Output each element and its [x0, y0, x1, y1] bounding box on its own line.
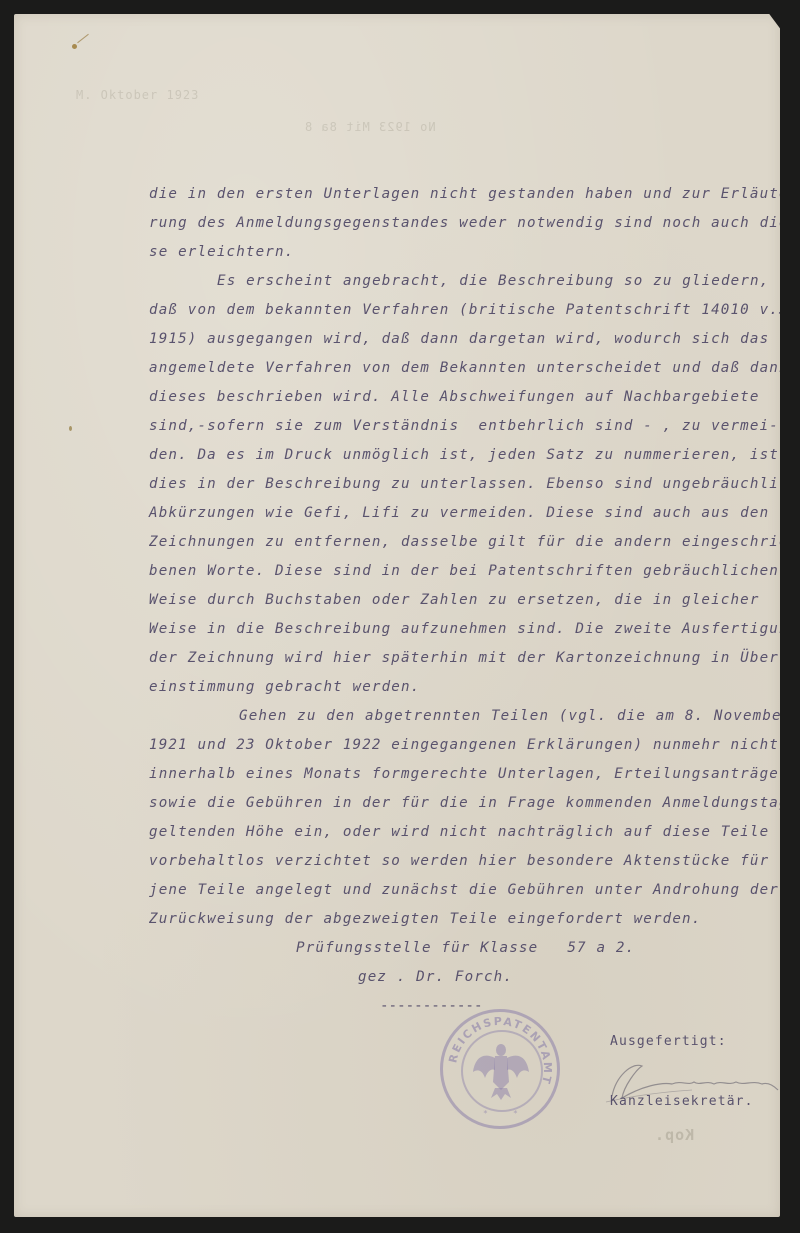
- certified-label: Ausgefertigt:: [610, 1034, 727, 1049]
- body-line: Abkürzungen wie Gefi, Lifi zu vermeiden.…: [149, 505, 769, 521]
- ghost-text-line: M. Oktober 1923: [76, 88, 199, 102]
- body-line: se erleichtern.: [149, 244, 294, 260]
- body-line: jene Teile angelegt und zunächst die Geb…: [149, 882, 779, 898]
- body-line: rung des Anmeldungsgegenstandes weder no…: [149, 215, 798, 231]
- body-line: innerhalb eines Monats formgerechte Unte…: [149, 766, 779, 782]
- signed-by-line: gez . Dr. Forch.: [358, 969, 513, 985]
- svg-text:*: *: [483, 1109, 488, 1118]
- body-line: Weise durch Buchstaben oder Zahlen zu er…: [149, 592, 760, 608]
- body-line: einstimmung gebracht werden.: [149, 679, 420, 695]
- reichspatentamt-stamp: REICHSPATENTAMT * *: [440, 1009, 560, 1129]
- body-line: geltenden Höhe ein, oder wird nicht nach…: [149, 824, 769, 840]
- body-line: die in den ersten Unterlagen nicht gesta…: [149, 186, 798, 202]
- body-line: benen Worte. Diese sind in der bei Paten…: [149, 563, 779, 579]
- stain-mark: [72, 44, 77, 49]
- svg-text:*: *: [513, 1109, 518, 1118]
- copy-mark: Kop.: [654, 1126, 694, 1144]
- body-line: Zurückweisung der abgezweigten Teile ein…: [149, 911, 701, 927]
- ghost-text-line: No 1923 Mit 8a 8: [304, 120, 436, 134]
- body-line: Weise in die Beschreibung aufzunehmen si…: [149, 621, 798, 637]
- body-line: der Zeichnung wird hier späterhin mit de…: [149, 650, 789, 666]
- body-line: 1921 und 23 Oktober 1922 eingegangenen E…: [149, 737, 779, 753]
- body-line: Gehen zu den abgetrennten Teilen (vgl. d…: [239, 708, 791, 724]
- body-line: sowie die Gebühren in der für die in Fra…: [149, 795, 798, 811]
- body-line: 1915) ausgegangen wird, daß dann dargeta…: [149, 331, 769, 347]
- body-line: angemeldete Verfahren von dem Bekannten …: [149, 360, 789, 376]
- body-line: dieses beschrieben wird. Alle Abschweifu…: [149, 389, 760, 405]
- clerk-title: Kanzleisekretär.: [610, 1094, 754, 1109]
- body-line: den. Da es im Druck unmöglich ist, jeden…: [149, 447, 779, 463]
- body-line: Es erscheint angebracht, die Beschreibun…: [217, 273, 769, 289]
- body-line: daß von dem bekannten Verfahren (britisc…: [149, 302, 798, 318]
- pencil-tick-mark: [77, 34, 89, 43]
- examining-office-line: Prüfungsstelle für Klasse 57 a 2.: [296, 940, 635, 956]
- stain-mark: [69, 426, 72, 431]
- body-line: vorbehaltlos verzichtet so werden hier b…: [149, 853, 769, 869]
- document-page: M. Oktober 1923 No 1923 Mit 8a 8 die in …: [14, 14, 780, 1217]
- body-line: dies in der Beschreibung zu unterlassen.…: [149, 476, 800, 492]
- eagle-emblem-icon: [471, 1038, 531, 1102]
- body-line: Zeichnungen zu entfernen, dasselbe gilt …: [149, 534, 798, 550]
- body-line: sind,-sofern sie zum Verständnis entbehr…: [149, 418, 779, 434]
